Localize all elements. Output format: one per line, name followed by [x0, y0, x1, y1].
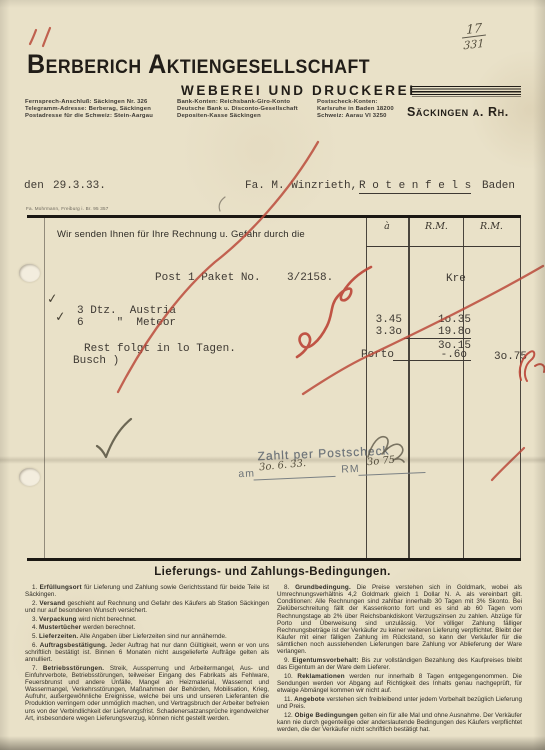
item-description: 3 Dtz. Austria: [77, 305, 176, 317]
terms-item: 5. Lieferzeiten. Alle Angaben über Liefe…: [25, 633, 269, 640]
punch-hole-top: [19, 264, 40, 282]
bank-line: Deutsche Bank u. Disconto-Gesellschaft: [177, 106, 298, 113]
company-division: WEBEREI UND DRUCKEREI: [181, 83, 416, 98]
item-description: 6 " Meteor: [77, 317, 176, 329]
table-header-underline: [366, 246, 520, 247]
note-line: Busch ): [73, 355, 119, 367]
terms-item: 2. Versand geschieht auf Rechnung und Ge…: [25, 600, 269, 614]
item-unit-price: 3.3o: [365, 326, 402, 338]
table-left-border: [44, 218, 45, 558]
item-amount: 1o.35: [419, 314, 471, 326]
company-name: Berberich Aktiengesellschaft: [27, 49, 370, 80]
pencil-arc-mark: [219, 197, 225, 211]
handwritten-payment-amount: 3o 75: [366, 455, 395, 469]
date-label: den: [24, 180, 44, 192]
stamp-amount-line: [358, 472, 425, 476]
table-bottom-rule: [27, 558, 521, 561]
column-header-rm1: R.M.: [410, 221, 463, 232]
postscheck-line: Postscheck-Konten:: [317, 99, 394, 106]
check-mark: ✓: [54, 309, 66, 325]
stamp-date-line: [254, 476, 336, 481]
table-right-border: [520, 218, 521, 558]
terms-item: 11. Angebote verstehen sich freibleibend…: [277, 696, 522, 710]
printer-imprint: Fa. Mohrmann, Freiburg i. Br. 95 357: [26, 206, 109, 211]
company-city: Säckingen a. Rh.: [407, 105, 509, 119]
letter-date: 29.3.33.: [53, 180, 106, 192]
terms-left-column: 1. Erfüllungsort für Lieferung und Zahlu…: [25, 584, 269, 723]
terms-item: 12. Obige Bedingungen gelten ein für all…: [277, 712, 522, 733]
letterhead-bank-block: Bank-Konten: Reichsbank-Giro-Konto Deuts…: [177, 99, 298, 121]
stamp-am-label: am: [238, 467, 255, 480]
hatch-lines-decoration: [412, 86, 521, 97]
contact-line: Fernsprech-Anschluß: Säckingen Nr. 326: [25, 99, 153, 106]
invoice-page: 17 331 Berberich Aktiengesellschaft WEBE…: [0, 0, 545, 750]
note-line: Rest folgt in lo Tagen.: [84, 343, 236, 355]
bank-line: Bank-Konten: Reichsbank-Giro-Konto: [177, 99, 298, 106]
terms-item: 3. Verpackung wird nicht berechnet.: [25, 616, 269, 623]
table-intro-text: Wir senden Ihnen für Ihre Rechnung u. Ge…: [57, 229, 305, 240]
addressee-city: R o t e n f e l s: [359, 180, 471, 194]
stamp-rm-label: RM: [341, 463, 360, 476]
amount-underline: [404, 338, 471, 339]
shipping-line: Post 1 Paket No. 3/2158.: [155, 272, 333, 284]
terms-item: 8. Grundbedingung. Die Preise verstehen …: [277, 584, 522, 656]
table-column-line-rm1: [408, 218, 410, 558]
terms-item: 9. Eigentumsvorbehalt: Bis zur vollständ…: [277, 657, 522, 671]
check-mark: ✓: [46, 291, 58, 307]
letterhead-contact-block: Fernsprech-Anschluß: Säckingen Nr. 326 T…: [25, 99, 153, 121]
addressee-region: Baden: [482, 180, 515, 192]
postscheck-line: Karlsruhe in Baden 18200: [317, 106, 394, 113]
red-tick-mark: [43, 28, 50, 46]
contact-line: Telegramm-Adresse: Berberag, Säckingen: [25, 106, 153, 113]
terms-right-column: 8. Grundbedingung. Die Preise verstehen …: [277, 584, 522, 735]
table-top-rule: [27, 215, 521, 218]
terms-item: 10. Reklamationen werden nur innerhalb 8…: [277, 673, 522, 694]
file-number-denominator: 331: [448, 35, 500, 54]
terms-title: Lieferungs- und Zahlungs-Bedingungen.: [0, 566, 545, 578]
punch-hole-bottom: [19, 468, 40, 486]
table-column-line-rm2: [463, 218, 464, 558]
credit-mark: Kre: [446, 273, 466, 285]
total-underline: [393, 360, 471, 361]
pencil-check-mark: [97, 419, 131, 457]
terms-item: 1. Erfüllungsort für Lieferung und Zahlu…: [25, 584, 269, 598]
file-number-numerator: 17: [462, 19, 486, 38]
terms-item: 7. Betriebsstörungen. Streik, Aussperrun…: [25, 665, 269, 722]
table-column-line-unit: [366, 218, 367, 558]
terms-item: 6. Auftragsbestätigung. Jeder Auftrag ha…: [25, 642, 269, 663]
porto-label: Porto: [361, 349, 394, 361]
item-amount: 19.8o: [419, 326, 471, 338]
total-amount: 3o.75: [494, 351, 527, 363]
addressee-name: Fa. M. Winzrieth,: [245, 180, 357, 192]
postscheck-line: Schweiz: Aarau VI 3250: [317, 113, 394, 120]
handwritten-file-number: 17 331: [448, 17, 500, 55]
contact-line: Postadresse für die Schweiz: Stein-Aarga…: [25, 113, 153, 120]
red-tick-mark: [30, 30, 36, 44]
item-unit-price: 3.45: [365, 314, 402, 326]
column-header-rm2: R.M.: [463, 221, 520, 232]
terms-item: 4. Mustertücher werden berechnet.: [25, 624, 269, 631]
letterhead-postscheck-block: Postscheck-Konten: Karlsruhe in Baden 18…: [317, 99, 394, 121]
column-header-unit-price: à: [366, 221, 408, 232]
bank-line: Depositen-Kasse Säckingen: [177, 113, 298, 120]
